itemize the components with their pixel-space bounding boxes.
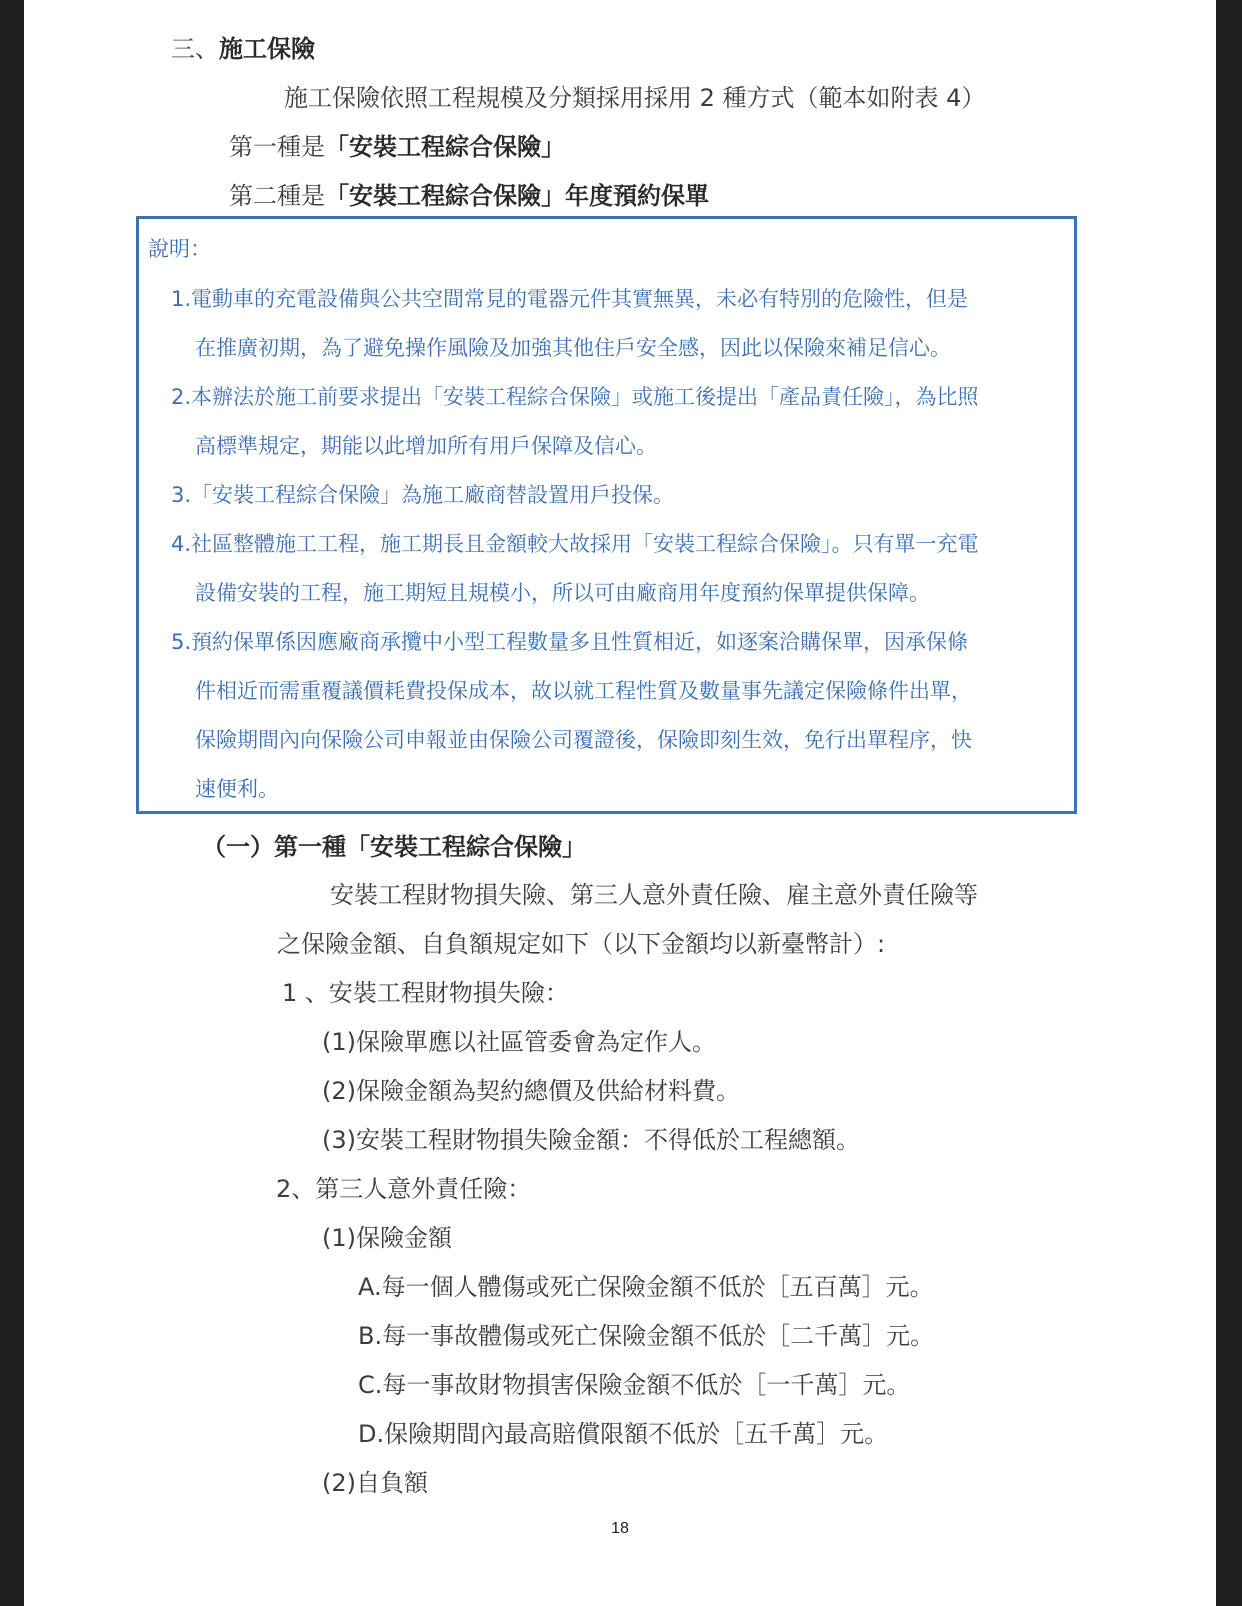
document-page: 三、施工保險 施工保險依照工程規模及分類採用採用 2 種方式（範本如附表 4） … bbox=[24, 0, 1216, 1606]
item-1-title: 1 、安裝工程財物損失險： bbox=[282, 978, 569, 1008]
item-1-subitem: (2)保險金額為契約總價及供給材料費。 bbox=[322, 1076, 740, 1106]
item-1-subitem: (3)安裝工程財物損失險金額：不得低於工程總額。 bbox=[322, 1125, 860, 1155]
explanation-title: 說明： bbox=[148, 234, 211, 264]
explanation-line: 件相近而需重覆議價耗費投保成本，故以就工程性質及數量事先議定保險條件出單， bbox=[195, 676, 972, 706]
item-2-sub1-title: (1)保險金額 bbox=[322, 1223, 452, 1253]
coverage-limit-item: B.每一事故體傷或死亡保險金額不低於［二千萬］元。 bbox=[358, 1321, 934, 1351]
subsection-heading: （一）第一種「安裝工程綜合保險」 bbox=[202, 832, 586, 862]
subsection-intro-line: 安裝工程財物損失險、第三人意外責任險、雇主意外責任險等 bbox=[330, 880, 978, 910]
explanation-line: 高標準規定，期能以此增加所有用戶保障及信心。 bbox=[195, 431, 657, 461]
explanation-line: 4.社區整體施工工程，施工期長且金額較大故採用「安裝工程綜合保險」。只有單一充電 bbox=[171, 529, 979, 559]
type1-prefix: 第一種是 bbox=[229, 133, 325, 161]
explanation-line: 設備安裝的工程，施工期短且規模小，所以可由廠商用年度預約保單提供保障。 bbox=[195, 578, 930, 608]
section-heading: 三、施工保險 bbox=[171, 34, 315, 64]
section-intro: 施工保險依照工程規模及分類採用採用 2 種方式（範本如附表 4） bbox=[284, 83, 985, 113]
item-1-subitem: (1)保險單應以社區管委會為定作人。 bbox=[322, 1027, 716, 1057]
type1-name: 「安裝工程綜合保險」 bbox=[325, 133, 565, 161]
coverage-limit-item: C.每一事故財物損害保險金額不低於［一千萬］元。 bbox=[358, 1370, 910, 1400]
explanation-line: 5.預約保單係因應廠商承攬中小型工程數量多且性質相近，如逐案洽購保單，因承保條 bbox=[171, 627, 968, 657]
item-2-title: 2、第三人意外責任險： bbox=[276, 1174, 531, 1204]
coverage-limit-item: D.保險期間內最高賠償限額不低於［五千萬］元。 bbox=[358, 1419, 888, 1449]
explanation-line: 2.本辦法於施工前要求提出「安裝工程綜合保險」或施工後提出「產品責任險」，為比照 bbox=[171, 382, 979, 412]
explanation-line: 保險期間內向保險公司申報並由保險公司覆證後，保險即刻生效，免行出單程序，快 bbox=[195, 725, 972, 755]
subsection-intro-line: 之保險金額、自負額規定如下（以下金額均以新臺幣計）: bbox=[277, 929, 885, 959]
explanation-line: 1.電動車的充電設備與公共空間常見的電器元件其實無異，未必有特別的危險性，但是 bbox=[171, 284, 968, 314]
type2-prefix: 第二種是 bbox=[229, 182, 325, 210]
page-number: 18 bbox=[24, 1520, 1216, 1538]
type2-name: 「安裝工程綜合保險」年度預約保單 bbox=[325, 182, 709, 210]
explanation-line: 3.「安裝工程綜合保險」為施工廠商替設置用戶投保。 bbox=[171, 480, 674, 510]
explanation-line: 速便利。 bbox=[195, 774, 279, 804]
explanation-line: 在推廣初期，為了避免操作風險及加強其他住戶安全感，因此以保險來補足信心。 bbox=[195, 333, 951, 363]
item-2-sub2-title: (2)自負額 bbox=[322, 1468, 428, 1498]
insurance-type-2: 第二種是「安裝工程綜合保險」年度預約保單 bbox=[229, 181, 709, 211]
insurance-type-1: 第一種是「安裝工程綜合保險」 bbox=[229, 132, 565, 162]
section-heading-prefix: 三、 bbox=[171, 35, 219, 63]
section-heading-text: 施工保險 bbox=[219, 35, 315, 63]
coverage-limit-item: A.每一個人體傷或死亡保險金額不低於［五百萬］元。 bbox=[358, 1272, 934, 1302]
